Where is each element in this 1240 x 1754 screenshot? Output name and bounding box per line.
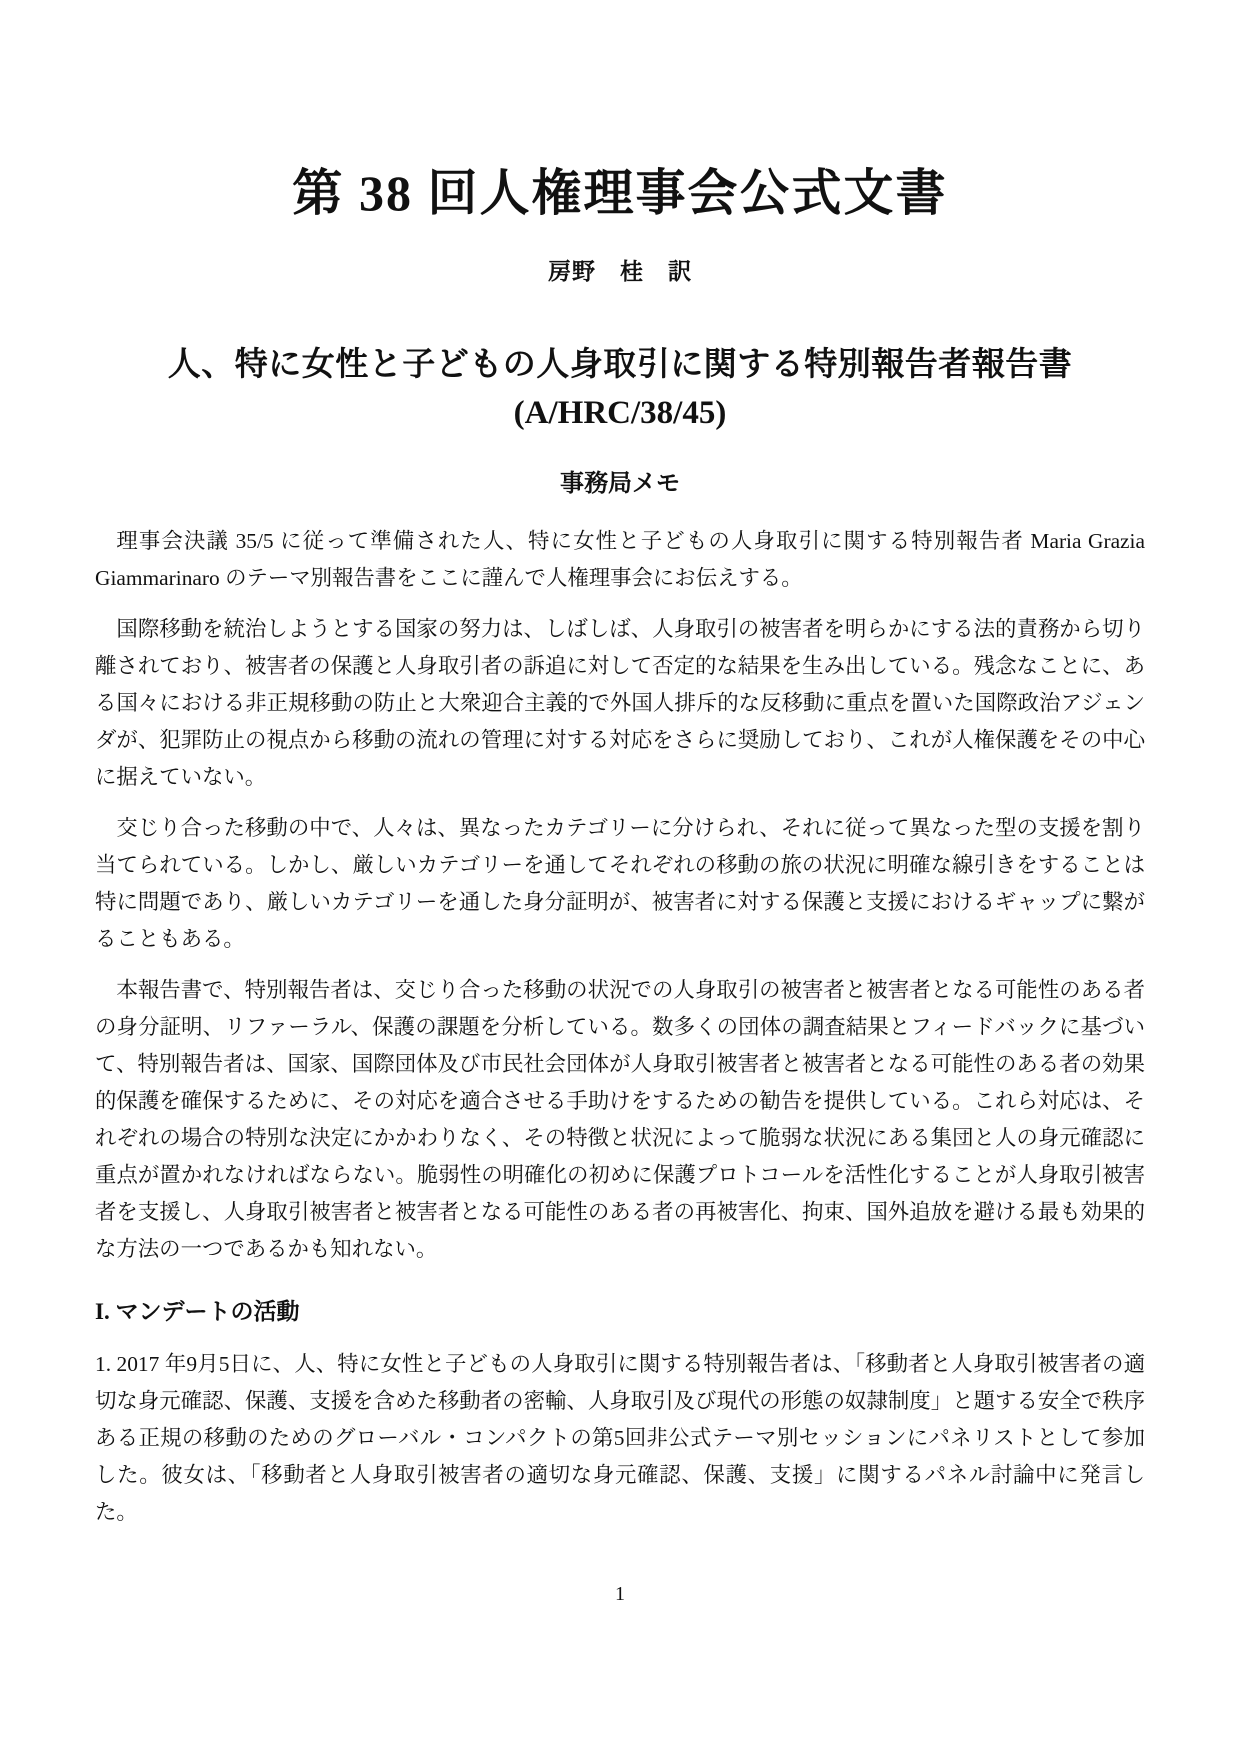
memo-paragraph: 理事会決議 35/5 に従って準備された人、特に女性と子どもの人身取引に関する特…	[95, 523, 1145, 597]
memo-paragraph: 国際移動を統治しようとする国家の努力は、しばしば、人身取引の被害者を明らかにする…	[95, 611, 1145, 796]
section-paragraph: 1. 2017 年9月5日に、人、特に女性と子どもの人身取引に関する特別報告者は…	[95, 1346, 1145, 1531]
report-heading-block: 人、特に女性と子どもの人身取引に関する特別報告者報告書 (A/HRC/38/45…	[95, 341, 1145, 437]
document-title: 第 38 回人権理事会公式文書	[95, 162, 1145, 224]
page-number: 1	[0, 1581, 1240, 1607]
document-page: 第 38 回人権理事会公式文書 房野 桂 訳 人、特に女性と子どもの人身取引に関…	[0, 0, 1240, 1754]
memo-paragraph: 本報告書で、特別報告者は、交じり合った移動の状況での人身取引の被害者と被害者とな…	[95, 972, 1145, 1268]
report-symbol: (A/HRC/38/45)	[95, 389, 1145, 437]
memo-paragraph: 交じり合った移動の中で、人々は、異なったカテゴリーに分けられ、それに従って異なっ…	[95, 810, 1145, 958]
secretariat-memo-heading: 事務局メモ	[95, 466, 1145, 502]
section-1-heading: I. マンデートの活動	[95, 1294, 1145, 1330]
memo-body: 理事会決議 35/5 に従って準備された人、特に女性と子どもの人身取引に関する特…	[95, 523, 1145, 1268]
translator-line: 房野 桂 訳	[95, 254, 1145, 290]
section-1-body: 1. 2017 年9月5日に、人、特に女性と子どもの人身取引に関する特別報告者は…	[95, 1346, 1145, 1531]
report-title: 人、特に女性と子どもの人身取引に関する特別報告者報告書	[95, 341, 1145, 389]
